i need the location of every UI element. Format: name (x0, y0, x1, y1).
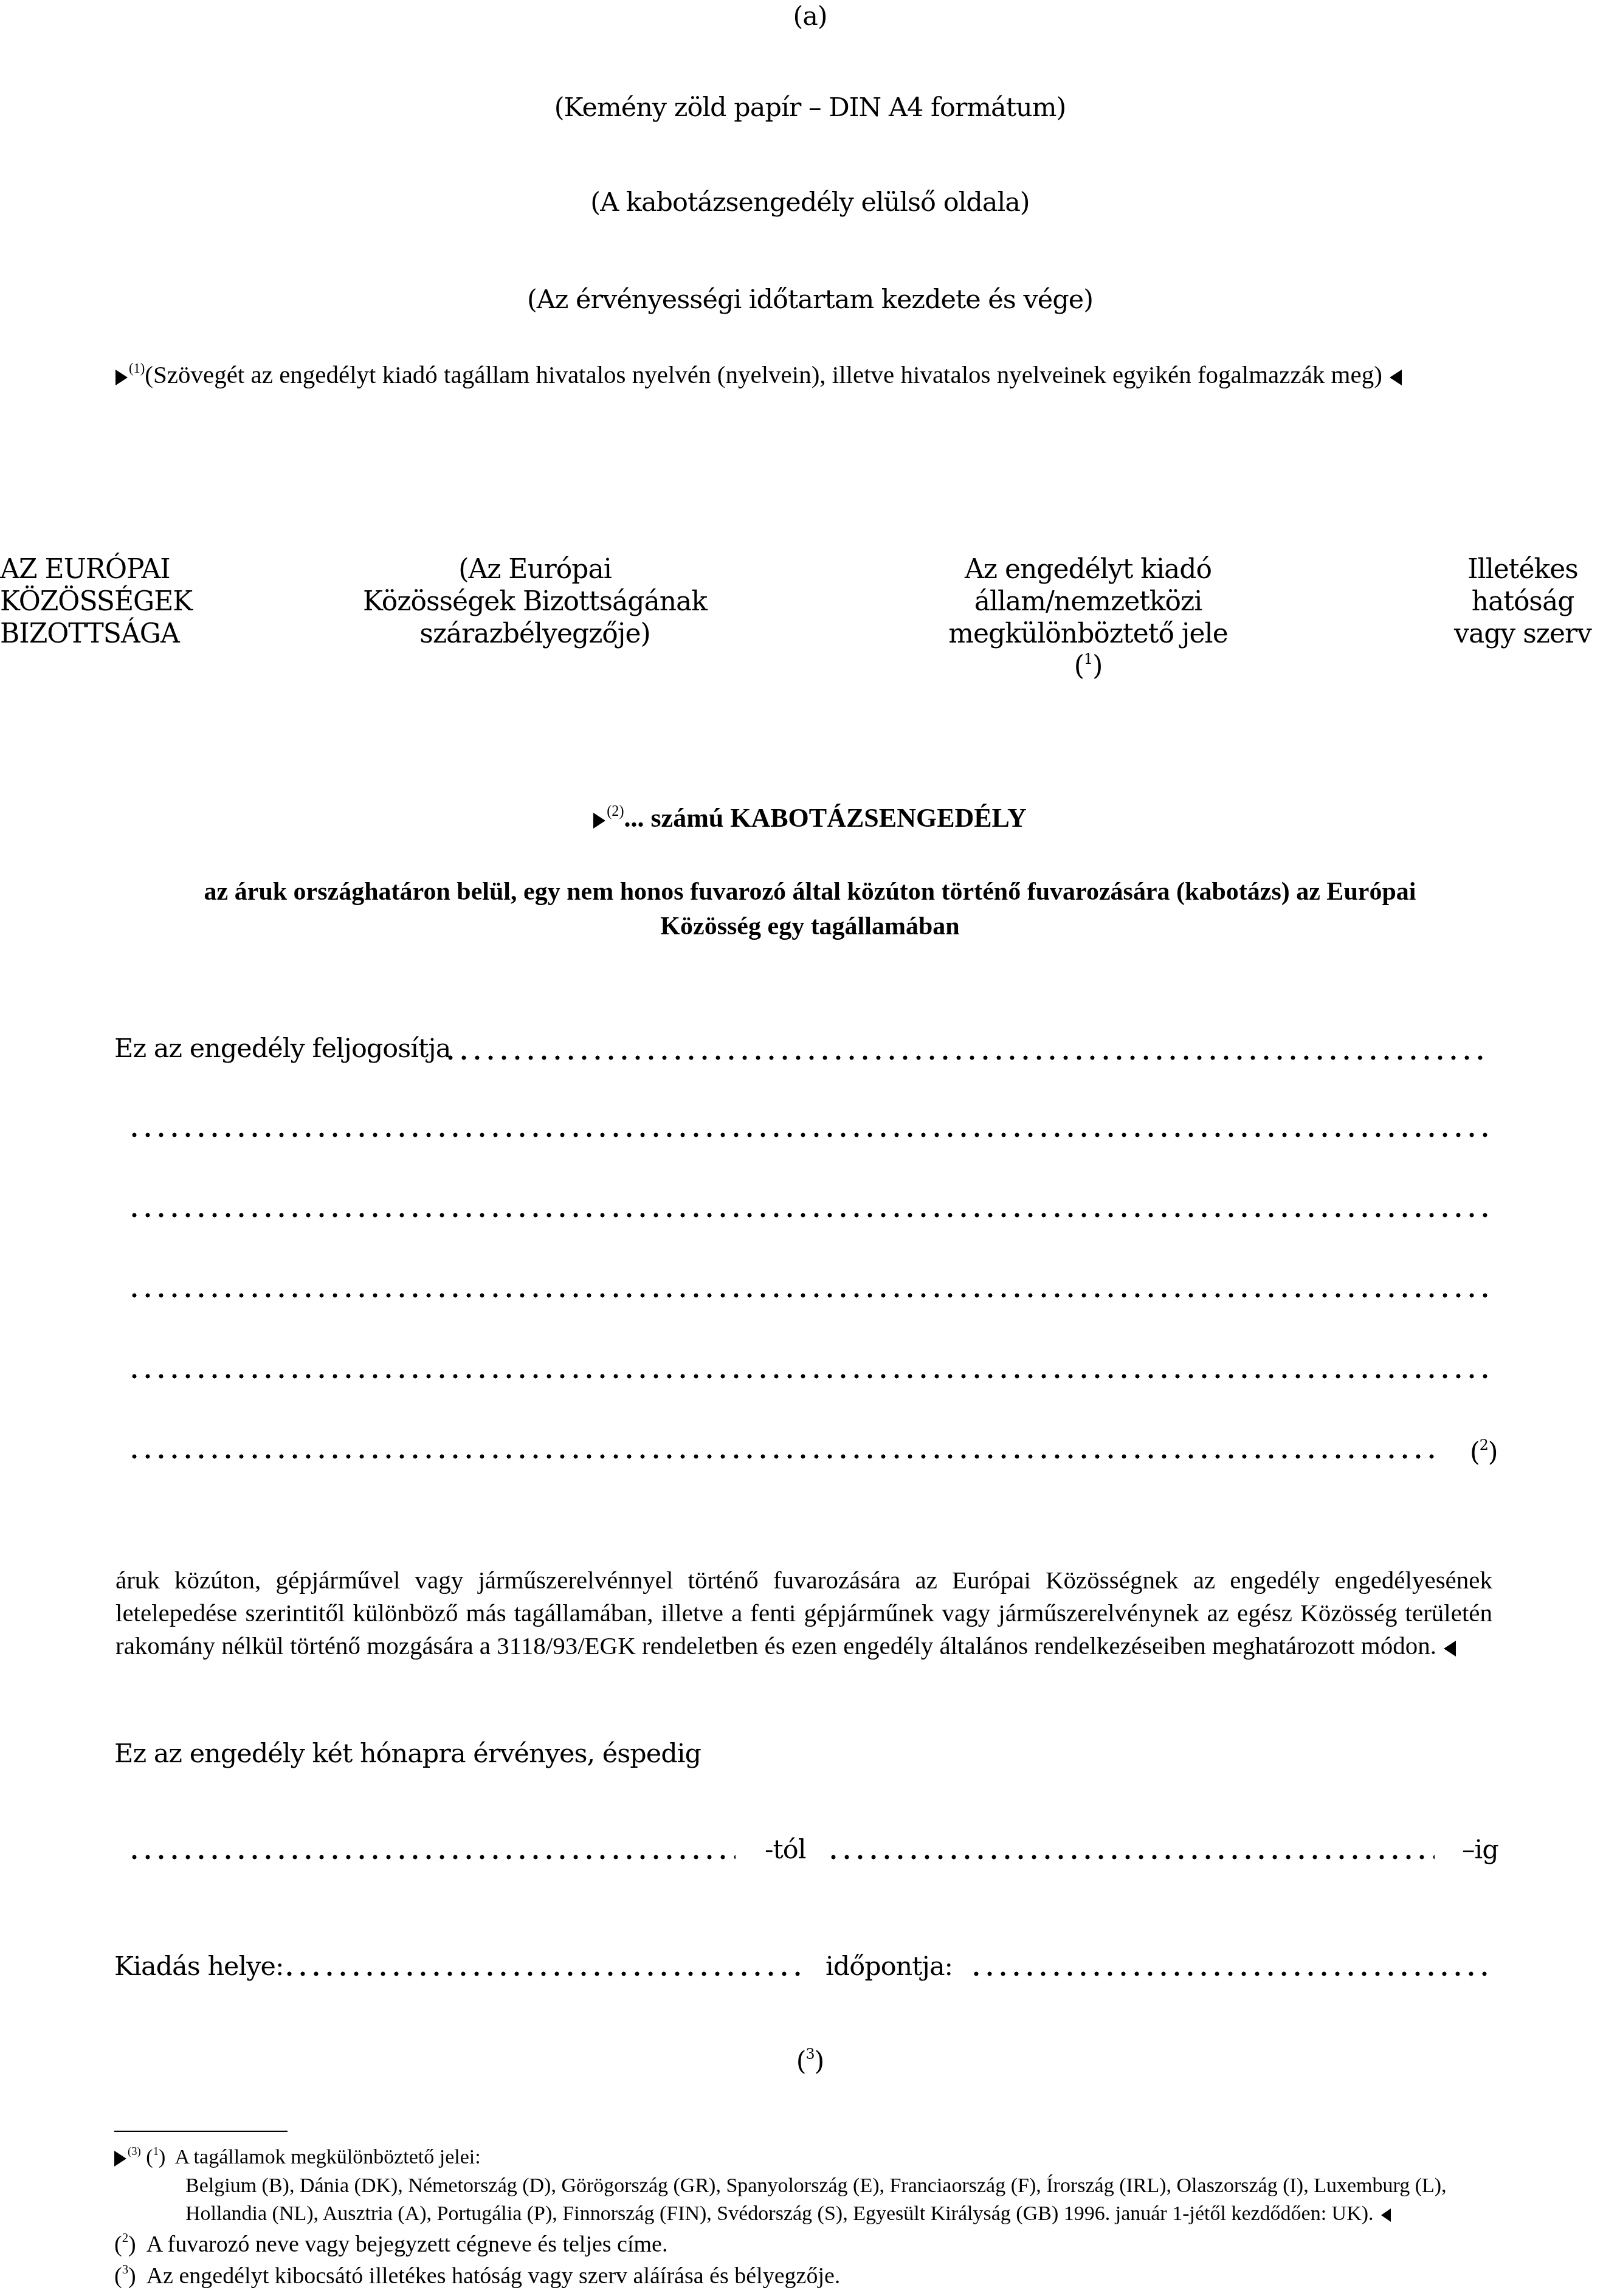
footnote-number: 3 (122, 2262, 128, 2277)
body-text: áruk közúton, gépjárművel vagy járműszer… (115, 1566, 1492, 1660)
amendment-start-marker-icon (593, 813, 605, 829)
footnote-text: Az engedélyt kibocsátó illetékes hatóság… (146, 2263, 841, 2289)
fill-line[interactable] (128, 1212, 1489, 1218)
column-line: KÖZÖSSÉGEK (0, 585, 170, 618)
valid-from-suffix: -tól (765, 1835, 805, 1865)
column-line: vagy szerv (1422, 618, 1620, 650)
issue-place-field[interactable] (283, 1971, 805, 1977)
footnote-3: (3) Az engedélyt kibocsátó illetékes hat… (114, 2263, 840, 2289)
column-line: BIZOTTSÁGA (0, 618, 170, 650)
permit-subtitle-line2: Közösség egy tagállamában (0, 912, 1620, 941)
footnote-ref-2: (2) (1470, 1437, 1498, 1467)
footnote-1-line2: Hollandia (NL), Ausztria (A), Portugália… (185, 2201, 1391, 2227)
amendment-ref: (3) (128, 2145, 141, 2158)
column-line: Az engedélyt kiadó (918, 553, 1258, 585)
column-authority: Illetékes hatóság vagy szerv (1422, 553, 1620, 650)
column-line: Közösségek Bizottságának (340, 585, 729, 618)
footnote-heading: A tagállamok megkülönböztető jelei: (174, 2146, 480, 2168)
column-line-text: megkülönböztető jele (918, 618, 1258, 650)
footnote-text: Hollandia (NL), Ausztria (A), Portugália… (185, 2202, 1374, 2225)
fill-line[interactable] (128, 1292, 1489, 1298)
column-issuing-state: Az engedélyt kiadó állam/nemzetközi megk… (918, 553, 1258, 682)
fill-line[interactable] (128, 1373, 1489, 1379)
column-line: Illetékes hatóság (1422, 553, 1620, 618)
footnote-1-line1: Belgium (B), Dánia (DK), Németország (D)… (185, 2173, 1447, 2199)
amendment-end-marker-icon (1444, 1641, 1456, 1656)
column-commission: AZ EURÓPAI KÖZÖSSÉGEK BIZOTTSÁGA (0, 553, 170, 650)
validity-note: (Az érvényességi időtartam kezdete és vé… (0, 284, 1620, 315)
amendment-end-marker-icon (1390, 370, 1402, 385)
fill-line[interactable] (444, 1055, 1489, 1061)
issue-place-label: Kiadás helye: (114, 1951, 284, 1982)
column-line: AZ EURÓPAI (0, 553, 170, 585)
amendment-start-marker-icon (115, 370, 128, 385)
footnote-text: A fuvarozó neve vagy bejegyzett cégneve … (146, 2232, 668, 2257)
annex-label: (a) (0, 1, 1620, 32)
amendment-ref: (1) (129, 360, 145, 376)
paper-note: (Kemény zöld papír – DIN A4 formátum) (0, 92, 1620, 123)
column-line: állam/nemzetközi (918, 585, 1258, 618)
footnote-divider (114, 2131, 288, 2132)
footnote-2: (2) A fuvarozó neve vagy bejegyzett cégn… (114, 2231, 667, 2258)
column-dry-stamp: (Az Európai Közösségek Bizottságának szá… (340, 553, 729, 650)
footnote-ref: 2 (1480, 1436, 1488, 1453)
fill-line[interactable] (128, 1132, 1489, 1138)
permit-title: (2)... számú KABOTÁZSENGEDÉLY (0, 802, 1620, 833)
valid-to-field[interactable] (827, 1854, 1435, 1860)
valid-to-suffix: –ig (1462, 1835, 1498, 1865)
permit-subtitle-line1: az áruk országhatáron belül, egy nem hon… (0, 877, 1620, 906)
validity-label: Ez az engedély két hónapra érvényes, ésp… (114, 1739, 701, 1769)
permit-title-text: ... számú KABOTÁZSENGEDÉLY (624, 803, 1027, 833)
body-paragraph: áruk közúton, gépjárművel vagy járműszer… (115, 1563, 1492, 1662)
column-line: szárazbélyegzője) (340, 618, 729, 650)
language-note-text: (Szövegét az engedélyt kiadó tagállam hi… (145, 360, 1382, 388)
fill-line[interactable] (128, 1453, 1441, 1460)
valid-from-field[interactable] (128, 1854, 736, 1860)
issue-date-field[interactable] (970, 1971, 1489, 1977)
column-line: (Az Európai (340, 553, 729, 585)
amendment-ref: (2) (607, 803, 624, 819)
front-side-note: (A kabotázsengedély elülső oldala) (0, 187, 1620, 218)
signature-ref: (3) (0, 2046, 1620, 2077)
footnote-number: 1 (153, 2145, 159, 2158)
amendment-start-marker-icon (114, 2151, 126, 2167)
authorization-label: Ez az engedély feljogosítja (114, 1033, 450, 1064)
footnote-ref: 3 (805, 2046, 814, 2063)
footnote-1: (3) (1) A tagállamok megkülönböztető jel… (114, 2144, 481, 2171)
language-note: (1)(Szövegét az engedélyt kiadó tagállam… (115, 360, 1402, 389)
issue-date-label: időpontja: (826, 1951, 953, 1982)
footnote-ref: 1 (1084, 650, 1092, 667)
amendment-end-marker-icon (1381, 2208, 1391, 2222)
column-line: megkülönböztető jele (1) (918, 618, 1258, 682)
footnote-number: 2 (122, 2230, 128, 2245)
